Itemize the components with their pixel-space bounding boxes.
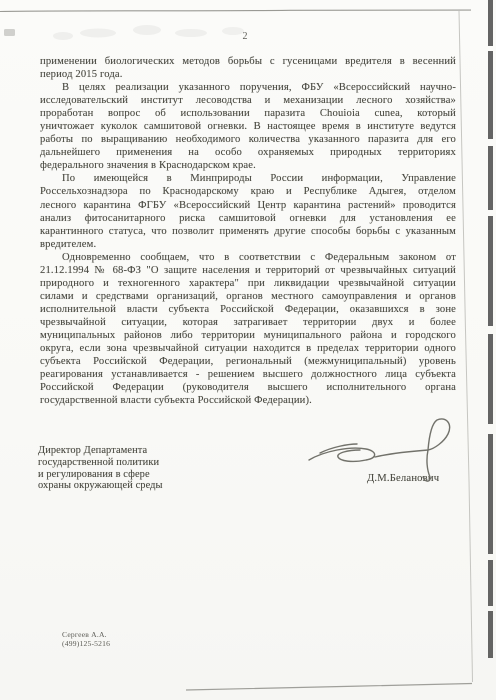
text-line: исполнительной власти субъекта Российско… bbox=[40, 303, 456, 316]
text-line: муниципальных районов либо территории му… bbox=[40, 329, 456, 342]
handwritten-signature bbox=[309, 419, 450, 481]
signatory-title-line: охраны окружающей среды bbox=[38, 480, 163, 492]
text-line: В целях реализации указанного поручения,… bbox=[40, 81, 456, 94]
signature-stroke-3 bbox=[375, 419, 450, 481]
scan-edge-right bbox=[459, 11, 473, 682]
signature-stroke-2 bbox=[309, 448, 375, 461]
text-line: применении биологических методов борьбы … bbox=[40, 55, 456, 68]
text-line: округа, если зона чрезвычайной ситуации … bbox=[40, 342, 456, 355]
text-line: силами и средствами организаций, органов… bbox=[40, 290, 456, 303]
text-line: карантинного статуса, что позволит приме… bbox=[40, 225, 456, 238]
text-line: Одновременно сообщаем, что в соответстви… bbox=[40, 251, 456, 264]
signature-stroke-1 bbox=[320, 444, 357, 453]
text-line: уничтожает куколок самшитовой огневки. В… bbox=[40, 120, 456, 133]
executor-phone: (499)125-5216 bbox=[62, 639, 110, 648]
scan-edge-bottom bbox=[186, 684, 472, 691]
text-line: исследовательский институт лесоводства и… bbox=[40, 94, 456, 107]
text-line: анализ фитосанитарного риска самшитовой … bbox=[40, 212, 456, 225]
scan-edge-top bbox=[0, 10, 471, 11]
signatory-title-line: Директор Департамента bbox=[38, 445, 163, 457]
text-line: природного и техногенного характера" при… bbox=[40, 277, 456, 290]
text-line: Россельхознадзора по Краснодарскому краю… bbox=[40, 185, 456, 198]
text-line: государственной власти субъекта Российск… bbox=[40, 394, 456, 407]
scan-corner-mark bbox=[4, 29, 15, 36]
executor-name: Сергеев А.А. bbox=[62, 630, 110, 639]
text-line: 21.12.1994 № 68-ФЗ "О защите населения и… bbox=[40, 264, 456, 277]
executor-block: Сергеев А.А. (499)125-5216 bbox=[62, 630, 110, 648]
letter-body: применении биологических методов борьбы … bbox=[40, 55, 456, 407]
signatory-name: Д.М.Беланович bbox=[367, 473, 439, 484]
text-line: субъекта Российской Федерации, региональ… bbox=[40, 355, 456, 368]
text-line: вредителем. bbox=[40, 238, 456, 251]
text-line: проработан вопрос об использовании параз… bbox=[40, 107, 456, 120]
text-line: работы по выращиванию необходимого колич… bbox=[40, 133, 456, 146]
text-line: федерального значения в Краснодарском кр… bbox=[40, 159, 456, 172]
signatory-title: Директор Департаментагосударственной пол… bbox=[38, 445, 163, 492]
text-line: реагирования устанавливается - решением … bbox=[40, 368, 456, 381]
text-line: чрезвычайной ситуации, которая затрагива… bbox=[40, 316, 456, 329]
page-number: 2 bbox=[40, 31, 450, 42]
text-line: лесного карантина ФГБУ «Всероссийский Це… bbox=[40, 199, 456, 212]
text-line: дальнейшего применения на особо охраняем… bbox=[40, 146, 456, 159]
text-line: По имеющейся в Минприроды России информа… bbox=[40, 172, 456, 185]
signatory-title-line: государственной политики bbox=[38, 457, 163, 469]
signatory-title-line: и регулирования в сфере bbox=[38, 469, 163, 481]
text-line: период 2015 года. bbox=[40, 68, 456, 81]
text-line: Российской Федерации (руководителя высше… bbox=[40, 381, 456, 394]
scanned-letter-page: 2 применении биологических методов борьб… bbox=[0, 0, 496, 700]
